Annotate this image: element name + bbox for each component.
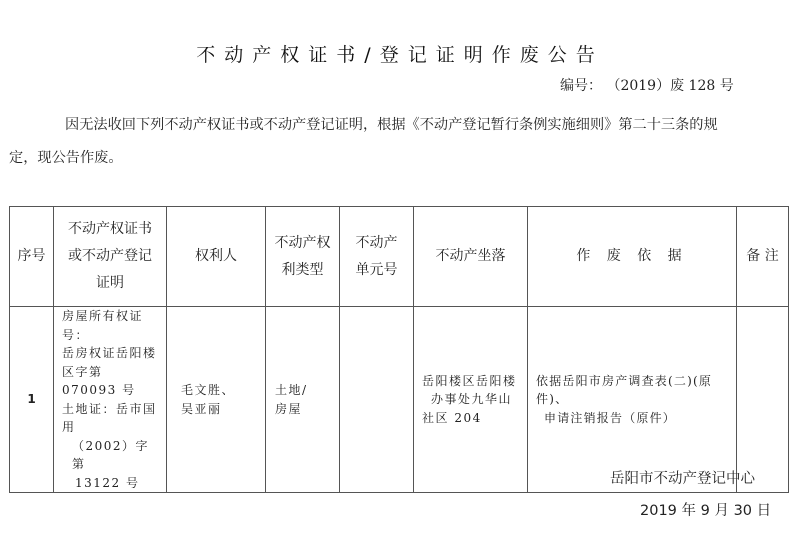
voided-certificates-table: 序号 不动产权证书 或不动产登记 证明 权利人 不动产权 利类型 不动产 单元号… [9, 206, 789, 493]
issue-date: 2019 年 9 月 30 日 [640, 499, 771, 520]
header-basis: 作 废 依 据 [528, 207, 737, 307]
header-unit-no: 不动产 单元号 [340, 207, 414, 307]
header-location: 不动产坐落 [414, 207, 528, 307]
cell-basis: 依据岳阳市房产调查表(二)(原件)、 申请注销报告（原件） [528, 307, 737, 493]
table-header-row: 序号 不动产权证书 或不动产登记 证明 权利人 不动产权 利类型 不动产 单元号… [10, 207, 789, 307]
cell-index: 1 [10, 307, 54, 493]
header-owner: 权利人 [167, 207, 266, 307]
cell-certificate: 房屋所有权证号： 岳房权证岳阳楼 区字第 070093 号 土地证：岳市国用 （… [54, 307, 167, 493]
cell-location: 岳阳楼区岳阳楼 办事处九华山 社区 204 [414, 307, 528, 493]
header-index: 序号 [10, 207, 54, 307]
cell-remarks [737, 307, 789, 493]
header-right-type: 不动产权 利类型 [266, 207, 340, 307]
table-row: 1 房屋所有权证号： 岳房权证岳阳楼 区字第 070093 号 土地证：岳市国用… [10, 307, 789, 493]
document-title: 不动产权证书/登记证明作废公告 [0, 40, 800, 67]
cell-owner: 毛文胜、 吴亚丽 [167, 307, 266, 493]
issuing-authority: 岳阳市不动产登记中心 [610, 467, 755, 488]
announcement-body-line-2: 定，现公告作废。 [9, 147, 123, 167]
document-number-label: 编号： [560, 78, 602, 94]
header-certificate: 不动产权证书 或不动产登记 证明 [54, 207, 167, 307]
cell-right-type: 土地/ 房屋 [266, 307, 340, 493]
cell-unit-no [340, 307, 414, 493]
document-number: 编号： （2019）废 128 号 [560, 75, 734, 95]
document-number-value: （2019）废 128 号 [606, 78, 733, 94]
announcement-body-line-1: 因无法收回下列不动产权证书或不动产登记证明，根据《不动产登记暂行条例实施细则》第… [65, 114, 718, 134]
header-remarks: 备 注 [737, 207, 789, 307]
